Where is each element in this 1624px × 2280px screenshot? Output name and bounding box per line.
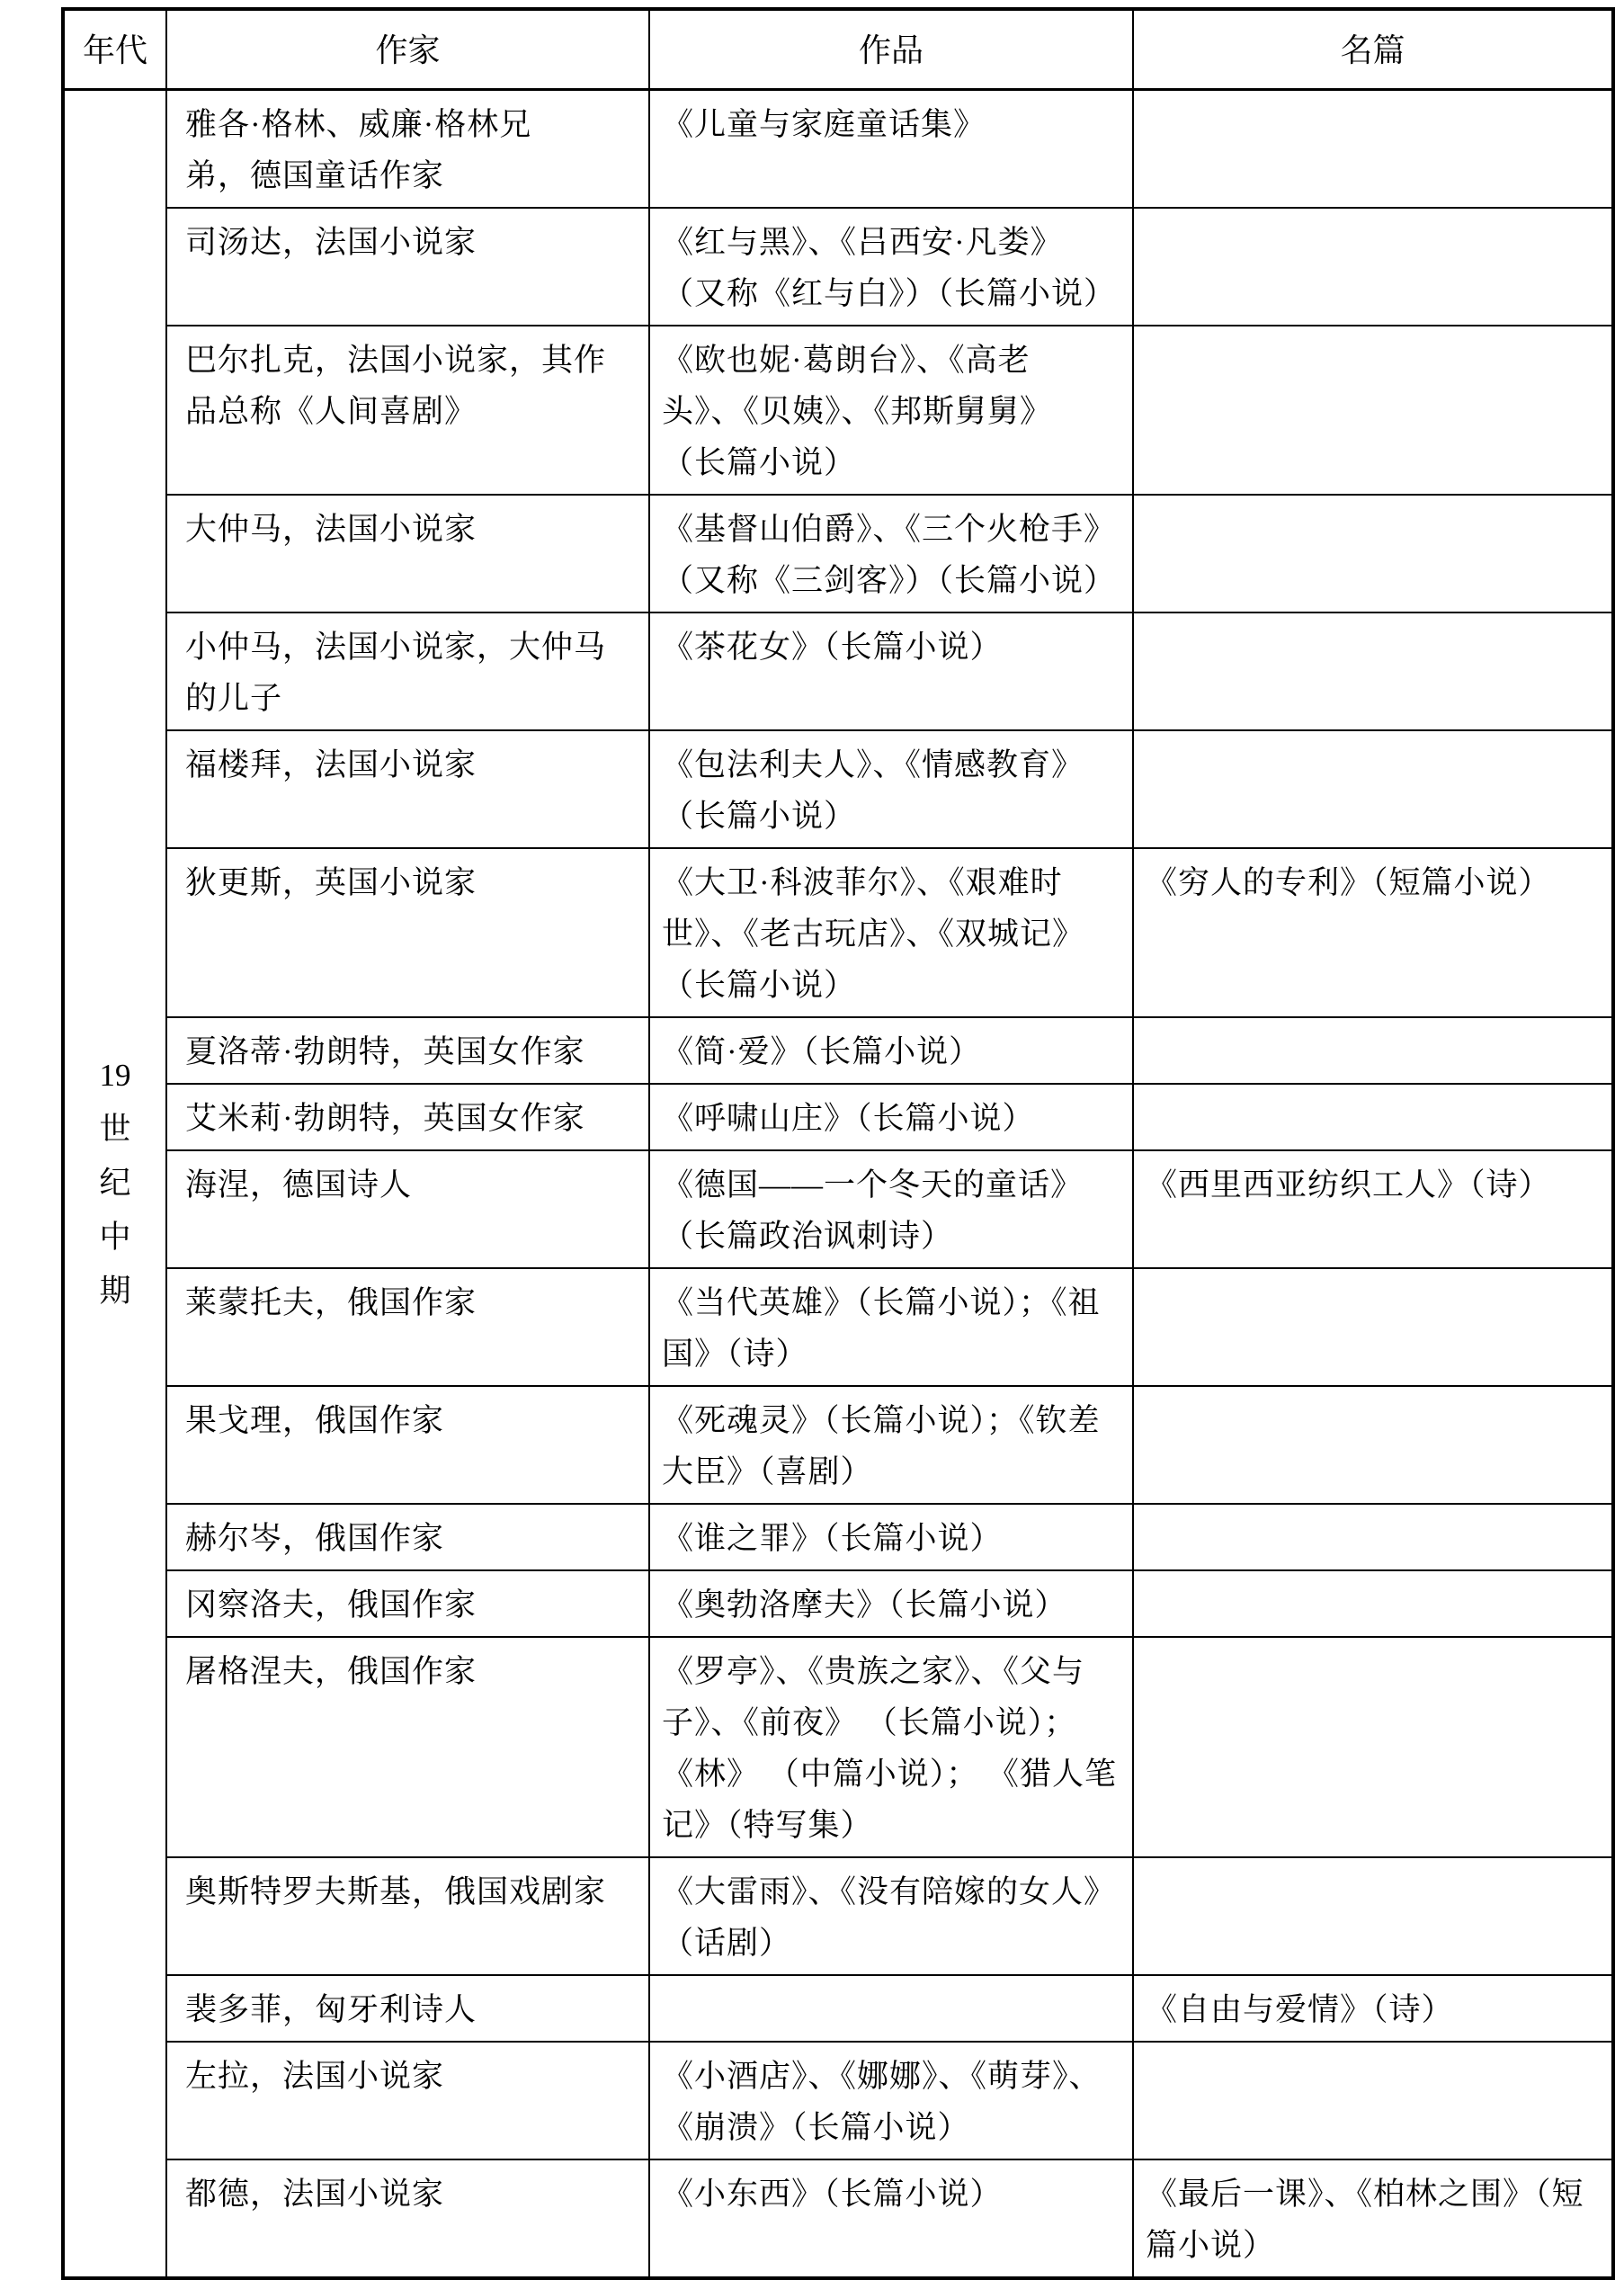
works-cell: 《大雷雨》、《没有陪嫁的女人》 （话剧） [649,1857,1133,1975]
author-cell: 屠格涅夫，俄国作家 [166,1637,649,1857]
famous-cell [1133,495,1613,612]
works-cell [649,1975,1133,2042]
author-cell: 艾米莉·勃朗特，英国女作家 [166,1084,649,1150]
works-cell: 《欧也妮·葛朗台》、《高老 头》、《贝姨》、《邦斯舅舅》 （长篇小说） [649,326,1133,495]
author-cell: 夏洛蒂·勃朗特，英国女作家 [166,1017,649,1084]
works-cell: 《包法利夫人》、《情感教育》 （长篇小说） [649,730,1133,848]
table-row: 小仲马，法国小说家，大仲马 的儿子 《茶花女》（长篇小说） [63,612,1613,730]
author-cell: 海涅，德国诗人 [166,1150,649,1268]
table-row: 莱蒙托夫，俄国作家 《当代英雄》（长篇小说）；《祖 国》（诗） [63,1268,1613,1386]
famous-cell: 《最后一课》、《柏林之围》（短 篇小说） [1133,2159,1613,2278]
works-cell: 《呼啸山庄》（长篇小说） [649,1084,1133,1150]
famous-cell [1133,1386,1613,1504]
works-cell: 《茶花女》（长篇小说） [649,612,1133,730]
works-cell: 《小酒店》、《娜娜》、《萌芽》、 《崩溃》（长篇小说） [649,2042,1133,2159]
table-row: 都德，法国小说家 《小东西》（长篇小说） 《最后一课》、《柏林之围》（短 篇小说… [63,2159,1613,2278]
column-header-era: 年代 [63,9,166,90]
table-row: 艾米莉·勃朗特，英国女作家 《呼啸山庄》（长篇小说） [63,1084,1613,1150]
works-cell: 《基督山伯爵》、《三个火枪手》 （又称《三剑客》）（长篇小说） [649,495,1133,612]
table-row: 夏洛蒂·勃朗特，英国女作家 《简·爱》（长篇小说） [63,1017,1613,1084]
famous-cell: 《穷人的专利》（短篇小说） [1133,848,1613,1017]
author-cell: 狄更斯，英国小说家 [166,848,649,1017]
works-cell: 《罗亭》、《贵族之家》、《父与 子》、《前夜》 （长篇小说）； 《林》 （中篇小… [649,1637,1133,1857]
author-cell: 大仲马，法国小说家 [166,495,649,612]
famous-cell [1133,612,1613,730]
works-cell: 《小东西》（长篇小说） [649,2159,1133,2278]
works-cell: 《红与黑》、《吕西安·凡娄》 （又称《红与白》）（长篇小说） [649,208,1133,326]
author-cell: 雅各·格林、威廉·格林兄 弟，德国童话作家 [166,90,649,209]
famous-cell [1133,1857,1613,1975]
author-cell: 福楼拜，法国小说家 [166,730,649,848]
author-cell: 莱蒙托夫，俄国作家 [166,1268,649,1386]
author-cell: 巴尔扎克，法国小说家，其作 品总称《人间喜剧》 [166,326,649,495]
table-row: 裴多菲，匈牙利诗人 《自由与爱情》（诗） [63,1975,1613,2042]
famous-cell [1133,2042,1613,2159]
table-row: 福楼拜，法国小说家 《包法利夫人》、《情感教育》 （长篇小说） [63,730,1613,848]
famous-cell [1133,1017,1613,1084]
column-header-works: 作品 [649,9,1133,90]
literature-table: 年代 作家 作品 名篇 19 世 纪 中 期 雅各·格林、威廉·格林兄 弟，德国… [61,7,1615,2280]
works-cell: 《简·爱》（长篇小说） [649,1017,1133,1084]
author-cell: 司汤达，法国小说家 [166,208,649,326]
table-row: 狄更斯，英国小说家 《大卫·科波菲尔》、《艰难时 世》、《老古玩店》、《双城记》… [63,848,1613,1017]
author-cell: 冈察洛夫，俄国作家 [166,1570,649,1637]
works-cell: 《谁之罪》（长篇小说） [649,1504,1133,1570]
table-row: 大仲马，法国小说家 《基督山伯爵》、《三个火枪手》 （又称《三剑客》）（长篇小说… [63,495,1613,612]
author-cell: 赫尔岑，俄国作家 [166,1504,649,1570]
author-cell: 奥斯特罗夫斯基，俄国戏剧家 [166,1857,649,1975]
author-cell: 小仲马，法国小说家，大仲马 的儿子 [166,612,649,730]
famous-cell [1133,1084,1613,1150]
table-row: 巴尔扎克，法国小说家，其作 品总称《人间喜剧》 《欧也妮·葛朗台》、《高老 头》… [63,326,1613,495]
column-header-author: 作家 [166,9,649,90]
era-cell: 19 世 纪 中 期 [63,90,166,2279]
table-row: 屠格涅夫，俄国作家 《罗亭》、《贵族之家》、《父与 子》、《前夜》 （长篇小说）… [63,1637,1613,1857]
works-cell: 《奥勃洛摩夫》（长篇小说） [649,1570,1133,1637]
famous-cell [1133,730,1613,848]
works-cell: 《儿童与家庭童话集》 [649,90,1133,209]
author-cell: 裴多菲，匈牙利诗人 [166,1975,649,2042]
famous-cell [1133,208,1613,326]
famous-cell: 《自由与爱情》（诗） [1133,1975,1613,2042]
table-row: 19 世 纪 中 期 雅各·格林、威廉·格林兄 弟，德国童话作家 《儿童与家庭童… [63,90,1613,209]
author-cell: 果戈理，俄国作家 [166,1386,649,1504]
table-row: 果戈理，俄国作家 《死魂灵》（长篇小说）；《钦差 大臣》（喜剧） [63,1386,1613,1504]
author-cell: 都德，法国小说家 [166,2159,649,2278]
works-cell: 《死魂灵》（长篇小说）；《钦差 大臣》（喜剧） [649,1386,1133,1504]
works-cell: 《当代英雄》（长篇小说）；《祖 国》（诗） [649,1268,1133,1386]
famous-cell [1133,90,1613,209]
table-row: 司汤达，法国小说家 《红与黑》、《吕西安·凡娄》 （又称《红与白》）（长篇小说） [63,208,1613,326]
table-row: 海涅，德国诗人 《德国——一个冬天的童话》 （长篇政治讽刺诗） 《西里西亚纺织工… [63,1150,1613,1268]
author-cell: 左拉，法国小说家 [166,2042,649,2159]
header-row: 年代 作家 作品 名篇 [63,9,1613,90]
famous-cell [1133,1268,1613,1386]
famous-cell [1133,326,1613,495]
famous-cell: 《西里西亚纺织工人》（诗） [1133,1150,1613,1268]
famous-cell [1133,1637,1613,1857]
table-row: 左拉，法国小说家 《小酒店》、《娜娜》、《萌芽》、 《崩溃》（长篇小说） [63,2042,1613,2159]
table-row: 冈察洛夫，俄国作家 《奥勃洛摩夫》（长篇小说） [63,1570,1613,1637]
table-row: 奥斯特罗夫斯基，俄国戏剧家 《大雷雨》、《没有陪嫁的女人》 （话剧） [63,1857,1613,1975]
famous-cell [1133,1504,1613,1570]
works-cell: 《大卫·科波菲尔》、《艰难时 世》、《老古玩店》、《双城记》 （长篇小说） [649,848,1133,1017]
table-row: 赫尔岑，俄国作家 《谁之罪》（长篇小说） [63,1504,1613,1570]
works-cell: 《德国——一个冬天的童话》 （长篇政治讽刺诗） [649,1150,1133,1268]
famous-cell [1133,1570,1613,1637]
column-header-famous: 名篇 [1133,9,1613,90]
